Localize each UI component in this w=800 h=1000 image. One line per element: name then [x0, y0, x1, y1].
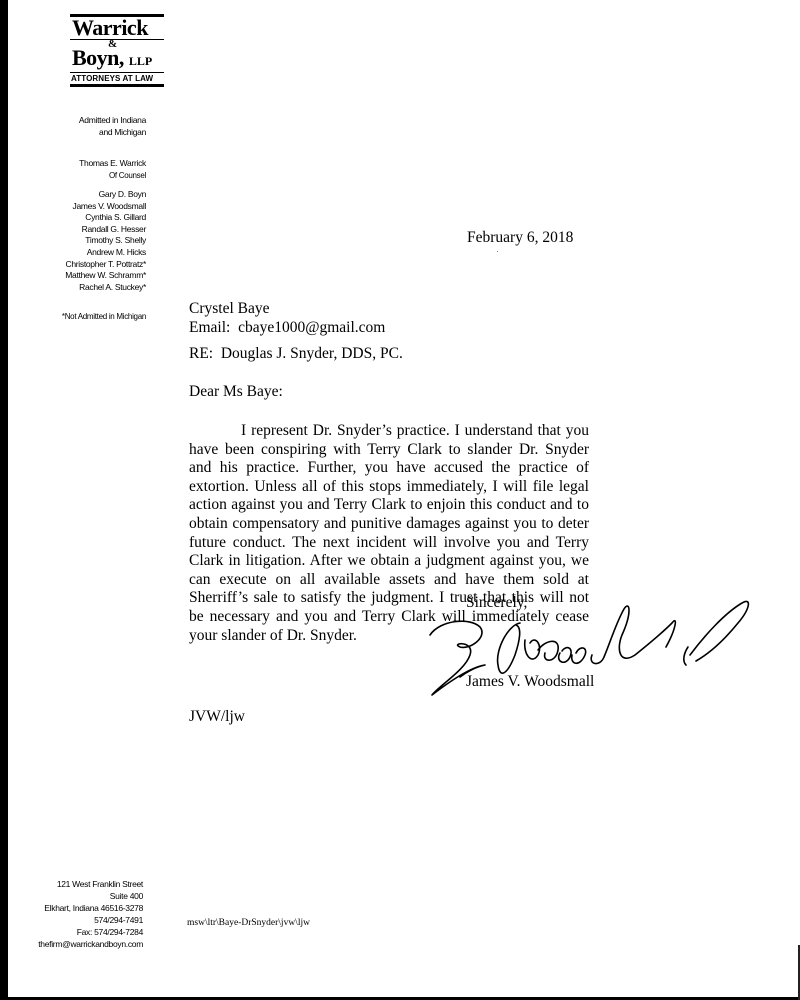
admission-footnote: *Not Admitted in Michigan	[62, 311, 146, 323]
attorney-name: James V. Woodsmall	[65, 201, 146, 213]
salutation: Dear Ms Baye:	[189, 383, 283, 401]
attorney-name: Rachel A. Stuckey*	[65, 282, 146, 294]
scan-border-left	[0, 0, 8, 1000]
logo-ampersand: &	[108, 40, 202, 48]
logo-rule-bottom	[70, 84, 164, 87]
re-line: RE: Douglas J. Snyder, DDS, PC.	[189, 345, 403, 363]
admission-line: and Michigan	[79, 127, 146, 139]
attorney-name: Timothy S. Shelly	[65, 235, 146, 247]
logo-tagline: ATTORNEYS AT LAW	[70, 73, 164, 84]
of-counsel-name: Thomas E. Warrick	[79, 158, 146, 170]
signer-name: James V. Woodsmall	[466, 673, 594, 691]
attorney-name: Christopher T. Pottratz*	[65, 259, 146, 271]
attorney-list: Gary D. Boyn James V. Woodsmall Cynthia …	[65, 189, 146, 293]
firm-address: 121 West Franklin Street Suite 400 Elkha…	[38, 878, 143, 950]
address-suite: Suite 400	[38, 890, 143, 902]
address-email: thefirm@warrickandboyn.com	[38, 938, 143, 950]
recipient-name: Crystel Baye	[189, 299, 385, 318]
recipient-block: Crystel Baye Email: cbaye1000@gmail.com	[189, 299, 385, 337]
logo-firm-name-1: Warrick	[70, 18, 164, 38]
of-counsel-label: Of Counsel	[79, 170, 146, 182]
address-city: Elkhart, Indiana 46516-3278	[38, 902, 143, 914]
logo-firm-name-2: Boyn, LLP	[70, 48, 164, 71]
address-fax: Fax: 574/294-7284	[38, 926, 143, 938]
attorney-name: Matthew W. Schramm*	[65, 270, 146, 282]
logo-llp: LLP	[129, 54, 152, 68]
address-phone: 574/294-7491	[38, 914, 143, 926]
admission-line: Admitted in Indiana	[79, 115, 146, 127]
of-counsel: Thomas E. Warrick Of Counsel	[79, 158, 146, 181]
attorney-name: Cynthia S. Gillard	[65, 212, 146, 224]
letter-date: February 6, 2018	[467, 229, 573, 247]
recipient-email: Email: cbaye1000@gmail.com	[189, 318, 385, 337]
firm-logo: Warrick & Boyn, LLP ATTORNEYS AT LAW	[70, 14, 164, 87]
attorney-name: Andrew M. Hicks	[65, 247, 146, 259]
attorney-name: Gary D. Boyn	[65, 189, 146, 201]
attorney-name: Randall G. Hesser	[65, 224, 146, 236]
admission-note: Admitted in Indiana and Michigan	[79, 115, 146, 138]
scan-speck	[497, 251, 498, 252]
file-reference: msw\ltr\Baye-DrSnyder\jvw\ljw	[187, 918, 310, 928]
address-street: 121 West Franklin Street	[38, 878, 143, 890]
typist-initials: JVW/ljw	[189, 708, 245, 726]
